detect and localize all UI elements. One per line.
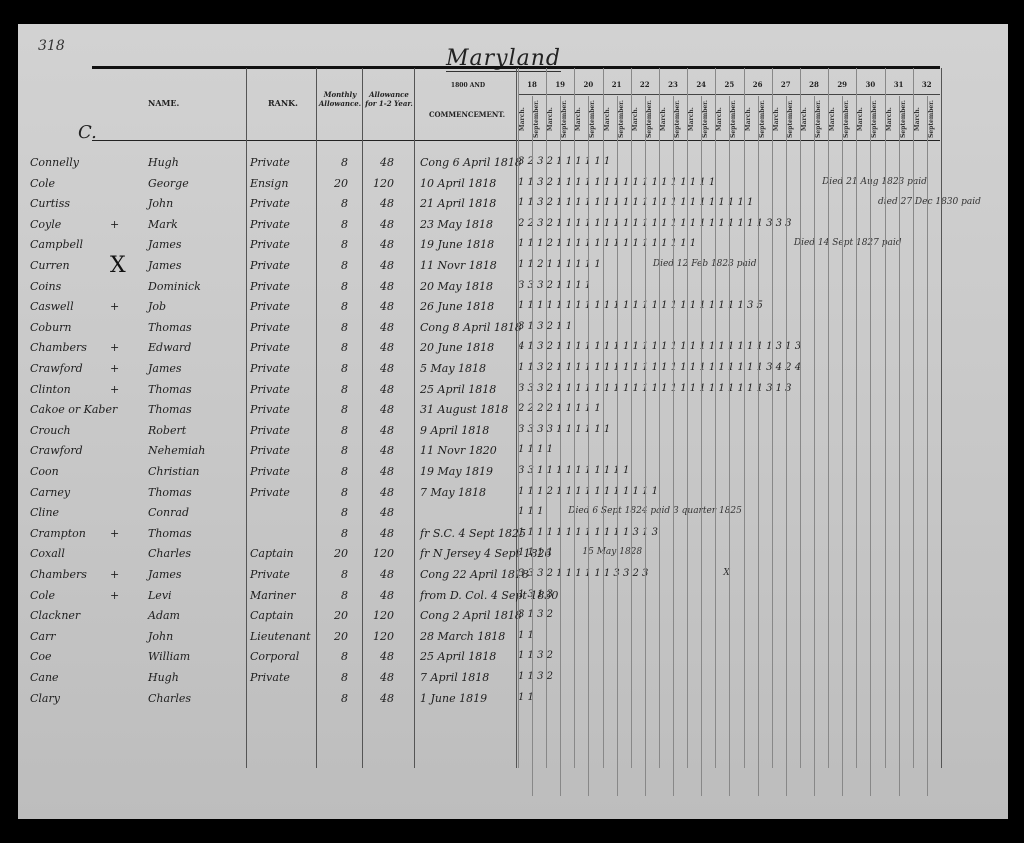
table-row: CramptonThomas848fr S.C. 4 Sept 18251 1 … xyxy=(18,527,1008,547)
section-letter: C. xyxy=(78,122,97,143)
plus-mark-icon: + xyxy=(110,383,119,396)
half-year-allowance-cell: 48 xyxy=(364,341,394,354)
september-subheader: September. xyxy=(730,100,741,138)
table-row: CrouchRobertPrivate8489 April 18183 3 3 … xyxy=(18,424,1008,444)
payments-cell: 1 1 1 1 1 1 1 1 1 1 1 1 1 1 1 1 1 1 1 1 … xyxy=(518,300,763,311)
surname-cell: Crouch xyxy=(30,424,71,437)
surname-cell: Curtiss xyxy=(30,197,70,210)
column-divider xyxy=(786,96,787,796)
surname-cell: Campbell xyxy=(30,238,83,251)
commencement-cell: Cong 22 April 1818 xyxy=(420,568,529,581)
rank-cell: Private xyxy=(250,259,290,272)
column-divider xyxy=(842,96,843,796)
commencement-cell: 21 April 1818 xyxy=(420,197,496,210)
commencement-cell: fr S.C. 4 Sept 1825 xyxy=(420,527,526,540)
rank-cell: Private xyxy=(250,321,290,334)
rank-cell: Private xyxy=(250,444,290,457)
year-header: 32 xyxy=(917,80,937,89)
september-subheader: September. xyxy=(843,100,854,138)
surname-cell: Cole xyxy=(30,589,55,602)
rank-cell: Private xyxy=(250,403,290,416)
given-name-cell: Thomas xyxy=(148,383,192,396)
year-header: 18 xyxy=(522,80,542,89)
given-name-cell: Job xyxy=(148,300,166,313)
given-name-cell: James xyxy=(148,238,182,251)
given-name-cell: William xyxy=(148,650,190,663)
table-row: CoonChristianPrivate84819 May 18193 3 1 … xyxy=(18,465,1008,485)
half-year-allowance-cell: 48 xyxy=(364,403,394,416)
plus-mark-icon: + xyxy=(110,362,119,375)
september-subheader: September. xyxy=(589,100,600,138)
payments-cell: 1 3 1 3 xyxy=(518,589,553,600)
table-row: ClineConrad8481 1 1Died 6 Sept 1824 paid… xyxy=(18,506,1008,526)
monthly-allowance-cell: 8 xyxy=(318,671,348,684)
year-header: 24 xyxy=(691,80,711,89)
monthly-allowance-cell: 8 xyxy=(318,280,348,293)
payments-cell: 1 1 3 2 xyxy=(518,650,553,661)
payments-cell: 2 2 3 2 1 1 1 1 1 1 1 1 1 1 1 1 1 1 1 1 … xyxy=(518,218,792,229)
half-year-allowance-cell: 48 xyxy=(364,259,394,272)
surname-cell: Clackner xyxy=(30,609,80,622)
rank-cell: Private xyxy=(250,280,290,293)
column-divider xyxy=(560,96,561,796)
surname-cell: Carney xyxy=(30,486,70,499)
header-half-year-allowance: Allowance for 1-2 Year. xyxy=(364,90,414,108)
march-subheader: March. xyxy=(773,100,784,138)
column-divider xyxy=(927,96,928,796)
header-name: NAME. xyxy=(148,98,179,108)
header-commencement-top: 1800 AND xyxy=(428,82,508,89)
annotation-note: 15 May 1828 xyxy=(582,547,642,557)
september-subheader: September. xyxy=(928,100,939,138)
surname-cell: Coon xyxy=(30,465,59,478)
monthly-allowance-cell: 8 xyxy=(318,197,348,210)
given-name-cell: James xyxy=(148,259,182,272)
surname-cell: Chambers xyxy=(30,568,87,581)
table-row: CoxallCharlesCaptain20120fr N Jersey 4 S… xyxy=(18,547,1008,567)
column-divider xyxy=(546,68,547,768)
half-year-allowance-cell: 48 xyxy=(364,486,394,499)
column-divider xyxy=(800,68,801,768)
payments-cell: 1 1 1 xyxy=(518,506,543,517)
half-year-allowance-cell: 120 xyxy=(364,177,394,190)
commencement-cell: 19 May 1819 xyxy=(420,465,493,478)
table-row: CoinsDominickPrivate84820 May 18183 3 3 … xyxy=(18,280,1008,300)
half-year-allowance-cell: 120 xyxy=(364,609,394,622)
table-row: CoburnThomasPrivate848Cong 8 April 18183… xyxy=(18,321,1008,341)
given-name-cell: Levi xyxy=(148,589,172,602)
table-row: CrawfordNehemiahPrivate84811 Novr 18201 … xyxy=(18,444,1008,464)
payments-cell: 1 1 3 2 1 1 1 1 1 1 1 1 1 1 1 1 1 1 1 1 … xyxy=(518,197,753,208)
surname-cell: Chambers xyxy=(30,341,87,354)
payments-cell: 3 1 3 2 1 1 xyxy=(518,321,572,332)
given-name-cell: James xyxy=(148,362,182,375)
rank-cell: Mariner xyxy=(250,589,295,602)
monthly-allowance-cell: 8 xyxy=(318,589,348,602)
september-subheader: September. xyxy=(871,100,882,138)
payments-cell: 3 3 3 2 1 1 1 1 1 1 3 3 2 3 xyxy=(518,568,648,579)
rank-cell: Private xyxy=(250,238,290,251)
payments-cell: 1 1 1 1 xyxy=(518,444,553,455)
annotation-note: Died 21 Aug 1823 paid xyxy=(822,177,927,187)
monthly-allowance-cell: 8 xyxy=(318,362,348,375)
monthly-allowance-cell: 8 xyxy=(318,383,348,396)
march-subheader: March. xyxy=(801,100,812,138)
commencement-cell: 10 April 1818 xyxy=(420,177,496,190)
page-number: 318 xyxy=(38,38,65,54)
half-year-allowance-cell: 48 xyxy=(364,321,394,334)
column-divider xyxy=(729,96,730,796)
half-year-allowance-cell: 48 xyxy=(364,362,394,375)
monthly-allowance-cell: 8 xyxy=(318,692,348,705)
half-year-allowance-cell: 48 xyxy=(364,197,394,210)
surname-cell: Cline xyxy=(30,506,59,519)
year-header: 20 xyxy=(578,80,598,89)
surname-cell: Cane xyxy=(30,671,59,684)
plus-mark-icon: + xyxy=(110,300,119,313)
half-year-allowance-cell: 48 xyxy=(364,383,394,396)
rank-cell: Private xyxy=(250,341,290,354)
september-subheader: September. xyxy=(759,100,770,138)
march-subheader: March. xyxy=(519,100,530,138)
half-year-allowance-cell: 48 xyxy=(364,218,394,231)
half-year-allowance-cell: 48 xyxy=(364,527,394,540)
table-row: CurtissJohnPrivate84821 April 18181 1 3 … xyxy=(18,197,1008,217)
september-subheader: September. xyxy=(815,100,826,138)
year-header: 26 xyxy=(748,80,768,89)
column-divider xyxy=(631,68,632,768)
year-header: 29 xyxy=(832,80,852,89)
surname-cell: Coyle xyxy=(30,218,61,231)
surname-cell: Carr xyxy=(30,630,56,643)
rank-cell: Private xyxy=(250,465,290,478)
column-divider xyxy=(715,68,716,768)
table-row: CrawfordJamesPrivate8485 May 18181 1 3 2… xyxy=(18,362,1008,382)
half-year-allowance-cell: 48 xyxy=(364,650,394,663)
march-subheader: March. xyxy=(857,100,868,138)
rank-cell: Private xyxy=(250,383,290,396)
rank-cell: Private xyxy=(250,362,290,375)
rank-cell: Private xyxy=(250,156,290,169)
commencement-cell: 7 May 1818 xyxy=(420,486,486,499)
surname-cell: Coxall xyxy=(30,547,65,560)
rank-cell: Captain xyxy=(250,609,294,622)
half-year-allowance-cell: 120 xyxy=(364,630,394,643)
rank-cell: Corporal xyxy=(250,650,299,663)
rank-cell: Lieutenant xyxy=(250,630,311,643)
half-year-allowance-cell: 48 xyxy=(364,238,394,251)
column-divider xyxy=(659,68,660,768)
commencement-cell: 11 Novr 1820 xyxy=(420,444,497,457)
column-divider xyxy=(701,96,702,796)
column-divider xyxy=(913,68,914,768)
payments-cell: 1 1 3 2 xyxy=(518,671,553,682)
column-divider xyxy=(744,68,745,768)
surname-cell: Coe xyxy=(30,650,52,663)
table-row: ClacknerAdamCaptain20120Cong 2 April 181… xyxy=(18,609,1008,629)
year-header: 28 xyxy=(804,80,824,89)
september-subheader: September. xyxy=(533,100,544,138)
rank-cell: Ensign xyxy=(250,177,288,190)
column-divider xyxy=(772,68,773,768)
march-subheader: March. xyxy=(575,100,586,138)
march-subheader: March. xyxy=(829,100,840,138)
commencement-cell: Cong 2 April 1818 xyxy=(420,609,522,622)
given-name-cell: Thomas xyxy=(148,321,192,334)
monthly-allowance-cell: 8 xyxy=(318,527,348,540)
year-header: 23 xyxy=(663,80,683,89)
given-name-cell: Dominick xyxy=(148,280,201,293)
ledger-page: 318 Maryland NAME. RANK. Monthly Allowan… xyxy=(18,24,1008,819)
half-year-allowance-cell: 48 xyxy=(364,465,394,478)
given-name-cell: Mark xyxy=(148,218,178,231)
year-header: 19 xyxy=(550,80,570,89)
march-subheader: March. xyxy=(914,100,925,138)
column-divider xyxy=(588,96,589,796)
monthly-allowance-cell: 20 xyxy=(318,177,348,190)
monthly-allowance-cell: 8 xyxy=(318,156,348,169)
half-year-allowance-cell: 48 xyxy=(364,568,394,581)
column-divider xyxy=(814,96,815,796)
table-row: ColeLeviMariner848from D. Col. 4 Sept 18… xyxy=(18,589,1008,609)
half-year-allowance-cell: 120 xyxy=(364,547,394,560)
monthly-allowance-cell: 20 xyxy=(318,630,348,643)
rank-cell: Private xyxy=(250,300,290,313)
rank-cell: Private xyxy=(250,486,290,499)
payments-cell: 1 1 1 2 1 1 1 1 1 1 1 1 1 1 1 1 1 1 1 xyxy=(518,238,696,249)
monthly-allowance-cell: 8 xyxy=(318,424,348,437)
column-divider xyxy=(574,68,575,768)
monthly-allowance-cell: 8 xyxy=(318,259,348,272)
surname-cell: Crawford xyxy=(30,444,83,457)
given-name-cell: Thomas xyxy=(148,403,192,416)
table-row: CaswellJobPrivate84826 June 18181 1 1 1 … xyxy=(18,300,1008,320)
september-subheader: September. xyxy=(787,100,798,138)
table-row: CarrJohnLieutenant2012028 March 18181 1 xyxy=(18,630,1008,650)
rank-cell: Captain xyxy=(250,547,294,560)
surname-cell: Connelly xyxy=(30,156,79,169)
column-divider xyxy=(687,68,688,768)
table-row: CoeWilliamCorporal84825 April 18181 1 3 … xyxy=(18,650,1008,670)
given-name-cell: Adam xyxy=(148,609,180,622)
monthly-allowance-cell: 8 xyxy=(318,218,348,231)
given-name-cell: Nehemiah xyxy=(148,444,205,457)
half-year-allowance-cell: 48 xyxy=(364,589,394,602)
march-subheader: March. xyxy=(660,100,671,138)
march-subheader: March. xyxy=(688,100,699,138)
plus-mark-icon: + xyxy=(110,589,119,602)
september-subheader: September. xyxy=(674,100,685,138)
table-row: Cakoe or KaberThomasPrivate84831 August … xyxy=(18,403,1008,423)
commencement-cell: 9 April 1818 xyxy=(420,424,489,437)
table-row: ChambersJamesPrivate848Cong 22 April 181… xyxy=(18,568,1008,588)
half-year-allowance-cell: 48 xyxy=(364,280,394,293)
header-monthly-allowance: Monthly Allowance. xyxy=(318,90,362,108)
commencement-cell: Cong 6 April 1818 xyxy=(420,156,522,169)
given-name-cell: Charles xyxy=(148,692,191,705)
column-divider xyxy=(645,96,646,796)
year-header: 31 xyxy=(889,80,909,89)
table-row: ClaryCharles8481 June 18191 1 xyxy=(18,692,1008,712)
plus-mark-icon: + xyxy=(110,527,119,540)
annotation-note: Died 12 Feb 1823 paid xyxy=(653,259,757,269)
commencement-cell: 26 June 1818 xyxy=(420,300,494,313)
table-row: ClintonThomasPrivate84825 April 18183 3 … xyxy=(18,383,1008,403)
september-subheader: September. xyxy=(618,100,629,138)
rank-cell: Private xyxy=(250,424,290,437)
plus-mark-icon: + xyxy=(110,218,119,231)
half-year-allowance-cell: 48 xyxy=(364,444,394,457)
payments-cell: 3 1 3 2 xyxy=(518,609,553,620)
monthly-allowance-cell: 8 xyxy=(318,465,348,478)
monthly-allowance-cell: 8 xyxy=(318,238,348,251)
column-divider xyxy=(899,96,900,796)
commencement-cell: 25 April 1818 xyxy=(420,383,496,396)
surname-cell: Caswell xyxy=(30,300,74,313)
surname-cell: Cole xyxy=(30,177,55,190)
rank-cell: Private xyxy=(250,568,290,581)
given-name-cell: George xyxy=(148,177,189,190)
given-name-cell: Conrad xyxy=(148,506,189,519)
commencement-cell: 20 May 1818 xyxy=(420,280,493,293)
september-subheader: September. xyxy=(646,100,657,138)
march-subheader: March. xyxy=(604,100,615,138)
commencement-cell: 7 April 1818 xyxy=(420,671,489,684)
year-header: 22 xyxy=(635,80,655,89)
table-row: CarneyThomasPrivate8487 May 18181 1 1 2 … xyxy=(18,486,1008,506)
commencement-cell: 23 May 1818 xyxy=(420,218,493,231)
given-name-cell: Edward xyxy=(148,341,191,354)
column-divider xyxy=(673,96,674,796)
header-commencement: COMMENCEMENT. xyxy=(420,110,514,119)
payments-cell: 3 3 3 2 1 1 1 1 1 1 1 1 1 1 1 1 1 1 1 1 … xyxy=(518,383,792,394)
half-year-allowance-cell: 48 xyxy=(364,424,394,437)
monthly-allowance-cell: 8 xyxy=(318,341,348,354)
column-divider xyxy=(870,96,871,796)
monthly-allowance-cell: 8 xyxy=(318,403,348,416)
column-divider xyxy=(518,68,519,768)
year-header: 21 xyxy=(607,80,627,89)
surname-cell: Clary xyxy=(30,692,60,705)
commencement-cell: 28 March 1818 xyxy=(420,630,505,643)
september-subheader: September. xyxy=(900,100,911,138)
commencement-cell: 5 May 1818 xyxy=(420,362,486,375)
march-subheader: March. xyxy=(886,100,897,138)
monthly-allowance-cell: 8 xyxy=(318,506,348,519)
year-header: 27 xyxy=(776,80,796,89)
monthly-allowance-cell: 8 xyxy=(318,444,348,457)
surname-cell: Curren xyxy=(30,259,70,272)
given-name-cell: John xyxy=(148,197,173,210)
column-divider xyxy=(856,68,857,768)
column-divider xyxy=(828,68,829,768)
given-name-cell: James xyxy=(148,568,182,581)
table-row: ChambersEdwardPrivate84820 June 18184 1 … xyxy=(18,341,1008,361)
plus-mark-icon: + xyxy=(110,341,119,354)
commencement-cell: Cong 8 April 1818 xyxy=(420,321,522,334)
rank-cell: Private xyxy=(250,197,290,210)
given-name-cell: Thomas xyxy=(148,527,192,540)
column-divider xyxy=(603,68,604,768)
annotation-note: died 27 Dec 1830 paid xyxy=(878,197,981,207)
year-header: 30 xyxy=(860,80,880,89)
monthly-allowance-cell: 8 xyxy=(318,568,348,581)
plus-mark-icon: + xyxy=(110,568,119,581)
column-divider xyxy=(885,68,886,768)
given-name-cell: Hugh xyxy=(148,156,179,169)
commencement-cell: 25 April 1818 xyxy=(420,650,496,663)
column-divider xyxy=(758,96,759,796)
march-subheader: March. xyxy=(745,100,756,138)
payments-cell: 3 3 3 2 1 1 1 1 xyxy=(518,280,591,291)
table-row: ConnellyHughPrivate848Cong 6 April 18183… xyxy=(18,156,1008,176)
monthly-allowance-cell: 8 xyxy=(318,321,348,334)
rank-cell: Private xyxy=(250,671,290,684)
column-divider xyxy=(941,68,942,768)
surname-cell: Coburn xyxy=(30,321,72,334)
table-row: CaneHughPrivate8487 April 18181 1 3 2 xyxy=(18,671,1008,691)
given-name-cell: Thomas xyxy=(148,486,192,499)
surname-cell: Crawford xyxy=(30,362,83,375)
surname-cell: Coins xyxy=(30,280,61,293)
year-rule xyxy=(518,94,940,95)
given-name-cell: Robert xyxy=(148,424,186,437)
march-subheader: March. xyxy=(632,100,643,138)
given-name-cell: Hugh xyxy=(148,671,179,684)
table-row: CampbellJamesPrivate84819 June 18181 1 1… xyxy=(18,238,1008,258)
september-subheader: September. xyxy=(561,100,572,138)
surname-cell: Clinton xyxy=(30,383,71,396)
column-divider xyxy=(532,96,533,796)
surname-cell: Cakoe or Kaber xyxy=(30,403,117,416)
header-rank: RANK. xyxy=(268,98,298,108)
half-year-allowance-cell: 48 xyxy=(364,300,394,313)
commencement-cell: 19 June 1818 xyxy=(420,238,494,251)
half-year-allowance-cell: 48 xyxy=(364,156,394,169)
monthly-allowance-cell: 20 xyxy=(318,547,348,560)
commencement-cell: 11 Novr 1818 xyxy=(420,259,497,272)
september-subheader: September. xyxy=(702,100,713,138)
half-year-allowance-cell: 48 xyxy=(364,506,394,519)
table-row: ColeGeorgeEnsign2012010 April 18181 1 3 … xyxy=(18,177,1008,197)
commencement-cell: 1 June 1819 xyxy=(420,692,487,705)
cross-mark-icon: X xyxy=(110,253,126,278)
rank-cell: Private xyxy=(250,218,290,231)
table-row: CoyleMarkPrivate84823 May 18182 2 3 2 1 … xyxy=(18,218,1008,238)
given-name-cell: Charles xyxy=(148,547,191,560)
commencement-cell: 20 June 1818 xyxy=(420,341,494,354)
monthly-allowance-cell: 8 xyxy=(318,486,348,499)
monthly-allowance-cell: 8 xyxy=(318,300,348,313)
march-subheader: March. xyxy=(547,100,558,138)
column-divider xyxy=(617,96,618,796)
table-row: CurrenJamesPrivate84811 Novr 18181 1 2 1… xyxy=(18,259,1008,279)
half-year-allowance-cell: 48 xyxy=(364,692,394,705)
commencement-cell: 31 August 1818 xyxy=(420,403,508,416)
monthly-allowance-cell: 8 xyxy=(318,650,348,663)
payments-cell: 1 1 1 1 xyxy=(518,547,553,558)
surname-cell: Crampton xyxy=(30,527,86,540)
march-subheader: March. xyxy=(716,100,727,138)
monthly-allowance-cell: 20 xyxy=(318,609,348,622)
given-name-cell: Christian xyxy=(148,465,200,478)
half-year-allowance-cell: 48 xyxy=(364,671,394,684)
given-name-cell: John xyxy=(148,630,173,643)
year-header: 25 xyxy=(719,80,739,89)
